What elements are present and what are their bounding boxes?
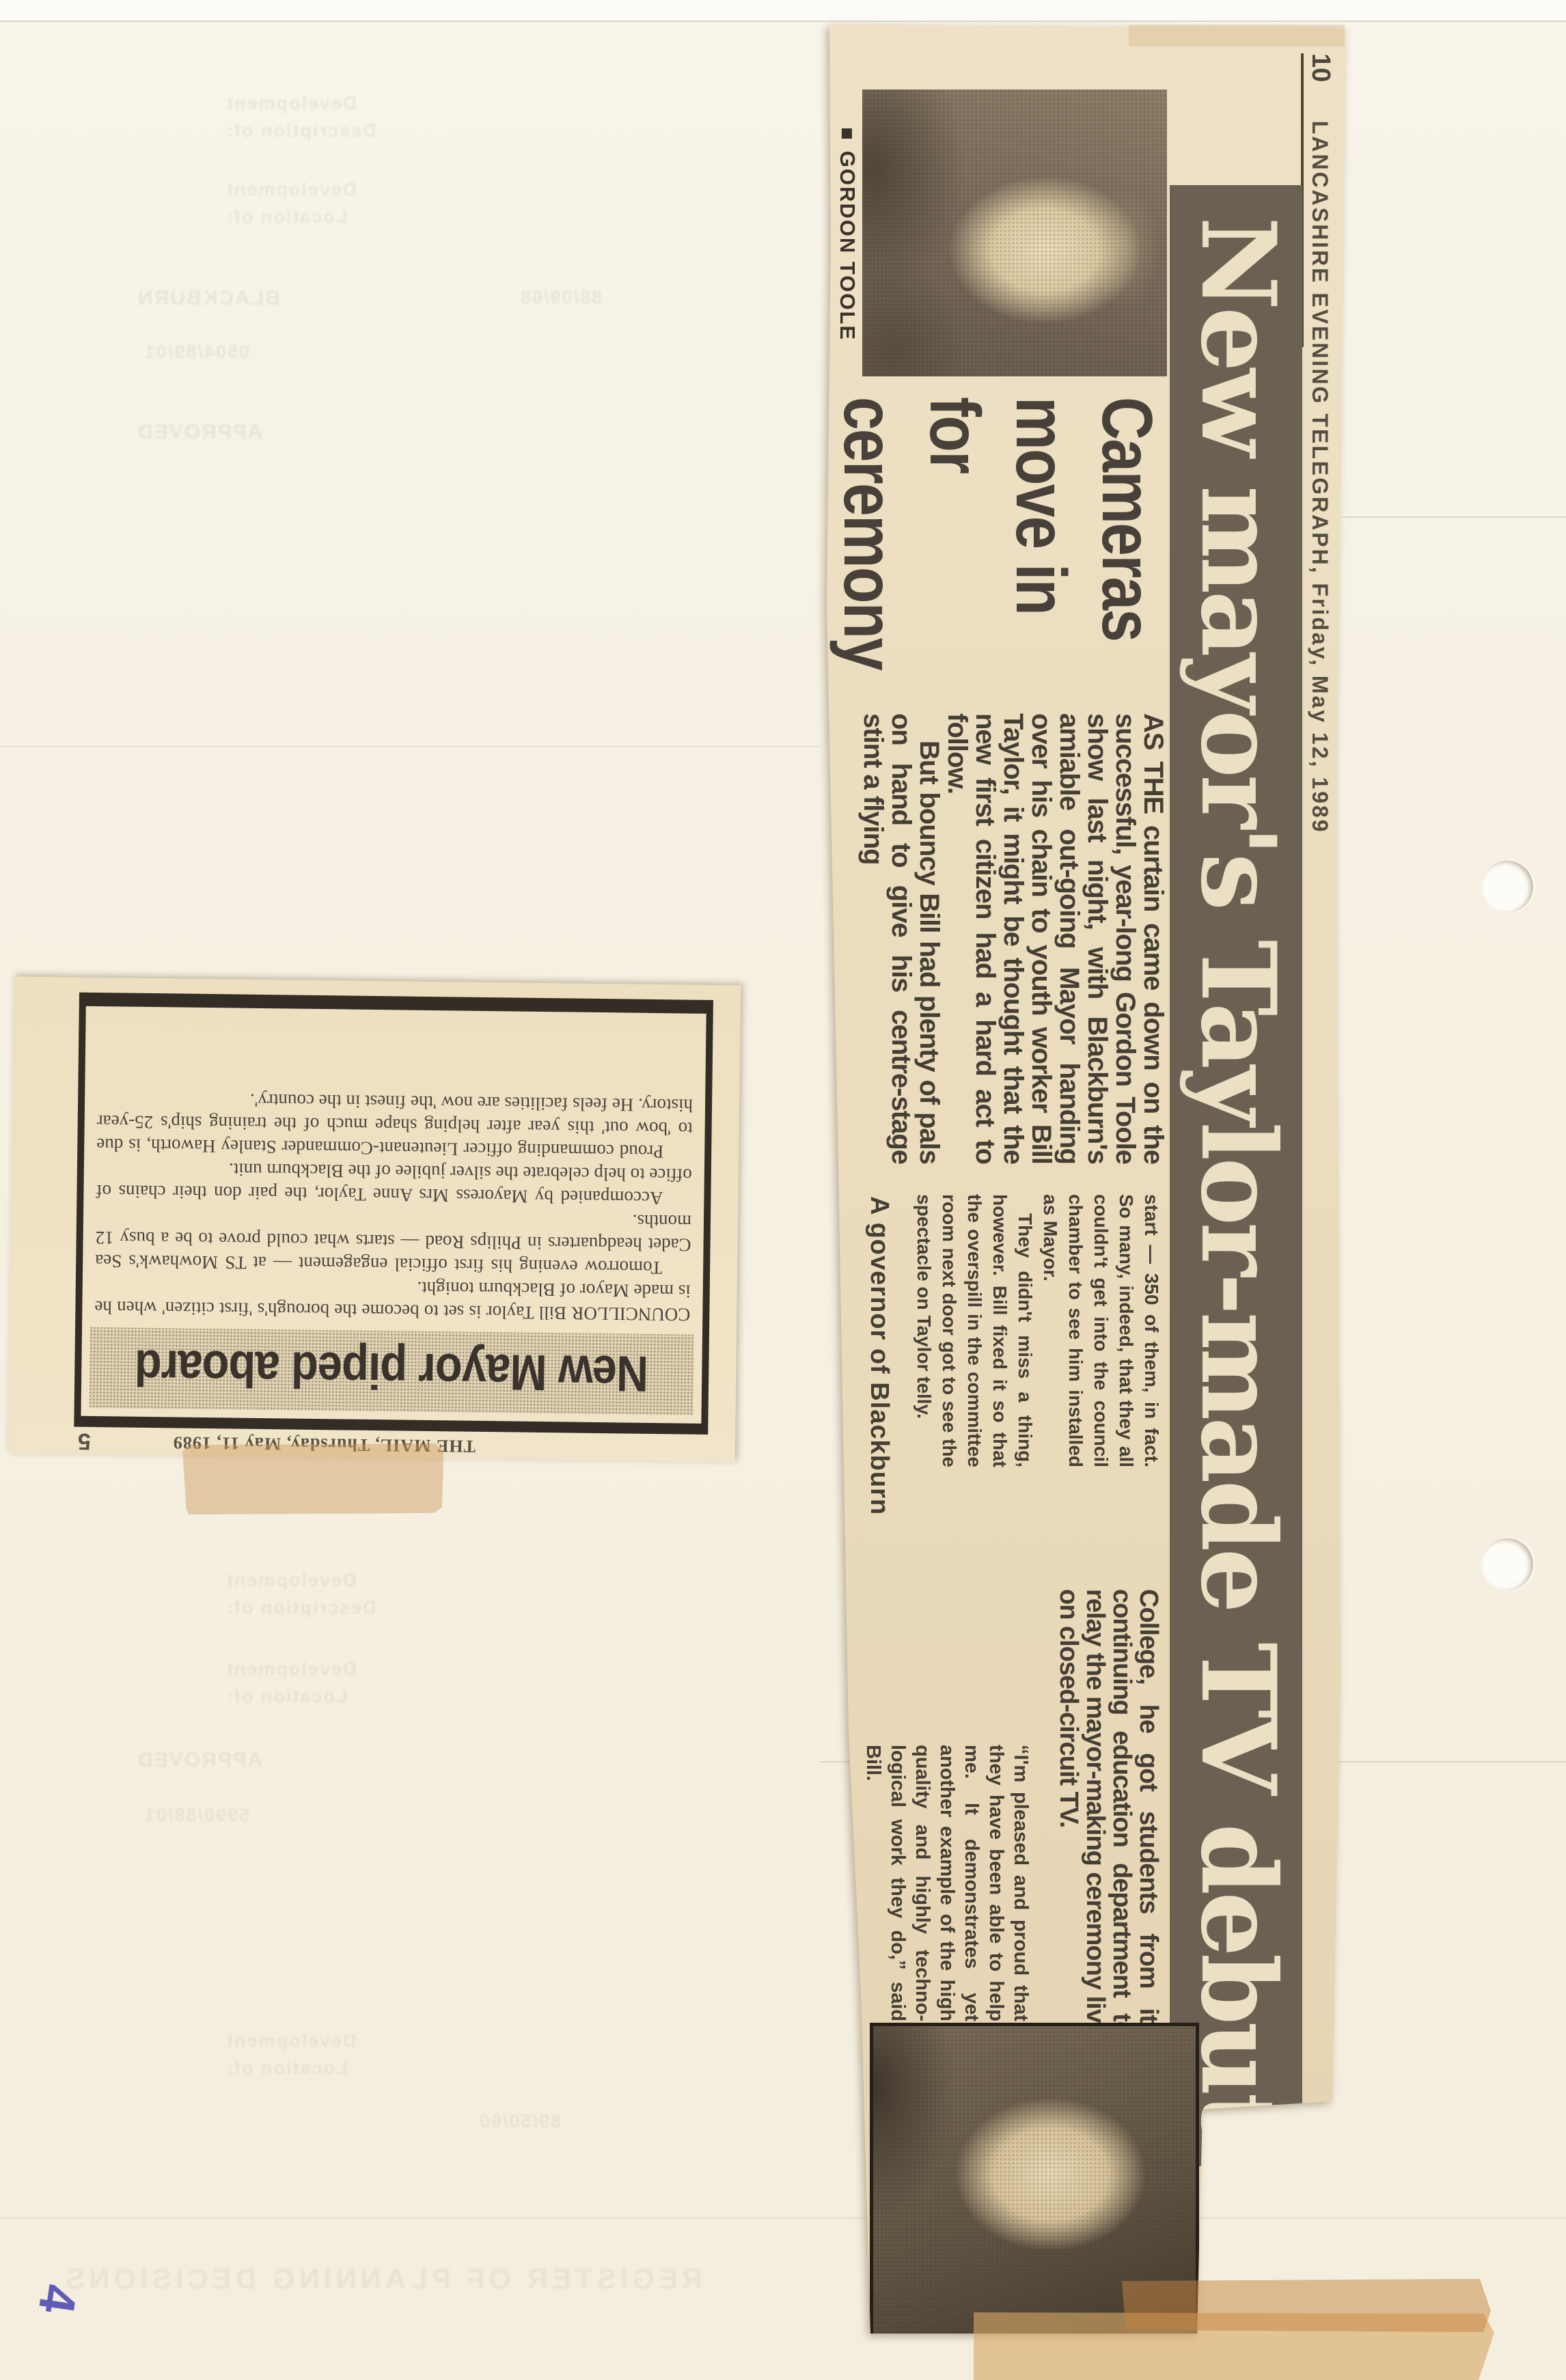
- headline-banner: New mayor's Taylor-made TV debut: [1170, 185, 1302, 2166]
- scan-edge-strip: [0, 0, 1566, 22]
- bleed-through-text: Development: [225, 1659, 357, 1680]
- masthead: LANCASHIRE EVENING TELEGRAPH, Friday, Ma…: [1308, 121, 1332, 834]
- halftone-overlay: [862, 89, 1167, 376]
- newspaper-clipping-small: THE MAIL, Thursday, May 11, 1989 5 New M…: [11, 981, 738, 1458]
- body-lead-in-line: A governor of Blackburn: [864, 1196, 894, 1515]
- headline: New Mayor piped aboard: [135, 1339, 648, 1403]
- sticky-tape: [1122, 2279, 1491, 2332]
- bleed-through-text: APPROVED: [137, 421, 262, 444]
- bleed-through-text: Development: [225, 2030, 357, 2051]
- article-border-box: New Mayor piped aboard COUNCILLOR Bill T…: [74, 993, 713, 1435]
- subheadline-line: Cameras: [1084, 397, 1170, 667]
- subheadline-line: for: [911, 397, 998, 667]
- headline: New mayor's Taylor-made TV debut: [1178, 217, 1298, 2137]
- punch-hole: [1481, 1538, 1533, 1590]
- article-body: COUNCILLOR Bill Taylor is set to become …: [94, 1087, 693, 1327]
- body-column-2: start — 350 of them, in fact. So many, i…: [911, 1194, 1164, 1467]
- clipping-paper: 10 LANCASHIRE EVENING TELEGRAPH, Friday,…: [820, 25, 1346, 2334]
- bleed-through-text: APPROVED: [137, 1749, 262, 1772]
- caption-gordon-toole-text: GORDON TOOLE: [836, 151, 860, 341]
- sticky-tape: [182, 1441, 445, 1518]
- body-column-3: College, he got students from its contin…: [1055, 1589, 1162, 2036]
- body-paragraph: Proud commanding officer Lieutenant-Comm…: [96, 1087, 693, 1164]
- caption-bill-taylor: ■BILL TAYLOR: [842, 2084, 866, 2259]
- body-paragraph: They didn't miss a thing, however. Bill …: [911, 1194, 1038, 1467]
- bleed-through-text: 5990/88/01: [143, 1805, 249, 1826]
- photo-gordon-toole: [862, 89, 1167, 376]
- punch-hole: [1481, 861, 1533, 913]
- caption-gordon-toole: ■GORDON TOOLE: [835, 127, 860, 341]
- handwritten-mark: 4: [0, 2278, 89, 2370]
- subheadline: Cameras move in for ceremony: [825, 397, 1170, 667]
- clipping-paper: THE MAIL, Thursday, May 11, 1989 5 New M…: [8, 977, 741, 1463]
- masthead-row: 10 LANCASHIRE EVENING TELEGRAPH, Friday,…: [1306, 53, 1335, 834]
- bleed-through-text: 0504/89/01: [143, 342, 249, 363]
- body-paragraph: “I'm pleased and proud that they have be…: [861, 1745, 1033, 2021]
- page-number: 10: [1306, 53, 1335, 82]
- caption-bill-taylor-text: BILL TAYLOR: [842, 2108, 866, 2259]
- bleed-through-text: Description of:: [225, 1597, 376, 1618]
- bleed-through-text: Development: [225, 1570, 357, 1591]
- headline-panel: New Mayor piped aboard: [90, 1327, 694, 1415]
- paper-crease: [1343, 516, 1566, 518]
- bleed-through-text: Location of:: [225, 1686, 347, 1707]
- bleed-through-text: Location of:: [225, 2058, 347, 2079]
- bleed-through-text: REGISTER OF PLANNING DECISIONS: [61, 2263, 702, 2295]
- quote-paragraph: “I'm pleased and proud that they have be…: [861, 1745, 1033, 2021]
- bleed-through-text: Location of:: [225, 206, 347, 227]
- body-paragraph: College, he got students from its contin…: [1055, 1589, 1162, 2036]
- body-paragraph: start — 350 of them, in fact. So many, i…: [1038, 1194, 1164, 1467]
- subheadline-line: move in: [998, 397, 1084, 667]
- bleed-through-text: 88/09/68: [519, 287, 602, 308]
- bleed-through-text: Description of:: [225, 120, 376, 141]
- caption-square-icon: ■: [842, 2084, 866, 2099]
- body-column-1: AS THE curtain came down on the successf…: [859, 713, 1167, 1164]
- paper-crease: [0, 746, 820, 747]
- subheadline-line: ceremony: [825, 397, 911, 667]
- intro-continuation: But bouncy Bill had plenty of pals on ha…: [859, 713, 943, 1164]
- newspaper-clipping-main: 10 LANCASHIRE EVENING TELEGRAPH, Friday,…: [820, 25, 1346, 2334]
- page-number: 5: [78, 1428, 91, 1454]
- intro-paragraph: AS THE curtain came down on the successf…: [943, 713, 1167, 1164]
- bleed-through-text: 89/50/60: [478, 2111, 561, 2132]
- bleed-through-text: Development: [225, 93, 357, 114]
- body-paragraph: Accompanied by Mayoress Mrs Anne Taylor,…: [96, 1157, 692, 1210]
- sticky-tape: [1129, 25, 1345, 46]
- caption-square-icon: ■: [835, 127, 860, 141]
- body-paragraph: Tomorrow evening his first official enga…: [95, 1203, 691, 1280]
- body-paragraph: COUNCILLOR Bill Taylor is set to become …: [94, 1273, 691, 1327]
- bleed-through-text: BLACKBURN: [137, 287, 280, 310]
- bleed-through-text: Development: [225, 179, 357, 200]
